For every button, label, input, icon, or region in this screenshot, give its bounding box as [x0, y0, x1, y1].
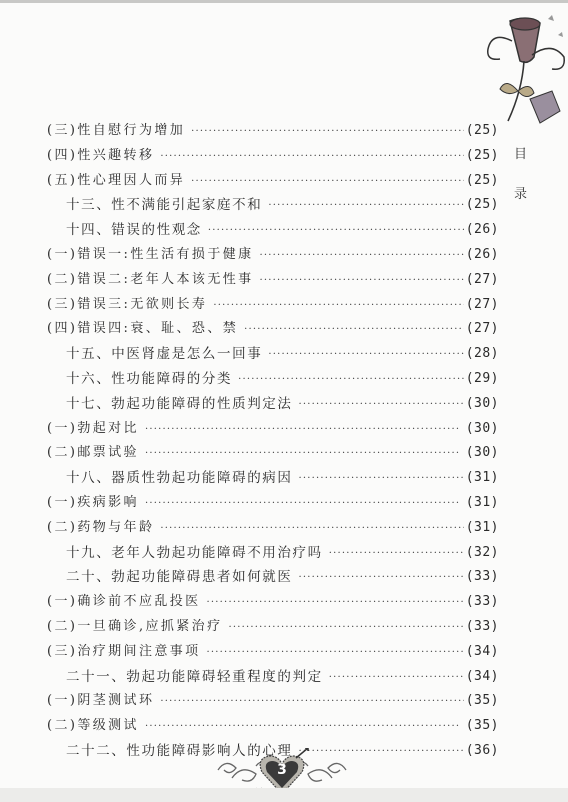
toc-entry-title: 十六、性功能障碍的分类 — [66, 370, 232, 388]
toc-entry[interactable]: (五)性心理因人而异······························… — [47, 172, 499, 190]
toc-entry[interactable]: (三)治疗期间注意事项·····························… — [47, 643, 499, 661]
toc-entry-page: (35) — [466, 692, 499, 710]
toc-entry-title: (二)等级测试 — [47, 717, 139, 735]
dot-leader: ········································… — [268, 196, 463, 214]
toc-entry-page: (28) — [466, 345, 499, 363]
toc-entry[interactable]: 十七、勃起功能障碍的性质判定法·························… — [66, 395, 499, 413]
toc-entry-page: (36) — [466, 742, 499, 760]
toc-entry-page: (25) — [466, 172, 499, 190]
toc-entry[interactable]: 十九、老年人勃起功能障碍不用治疗吗·······················… — [66, 544, 499, 562]
toc-entry[interactable]: (四)性兴趣转移································… — [47, 147, 499, 165]
toc-entry-title: 十七、勃起功能障碍的性质判定法 — [66, 395, 293, 413]
dot-leader: ········································… — [244, 320, 464, 338]
toc-entry[interactable]: 十三、性不满能引起家庭不和···························… — [66, 196, 499, 214]
dot-leader: ········································… — [329, 544, 464, 562]
dot-leader: ········································… — [260, 246, 464, 264]
toc-entry[interactable]: 二十、勃起功能障碍患者如何就医·························… — [66, 568, 499, 586]
dot-leader: ········································… — [228, 618, 463, 636]
dot-leader: ········································… — [208, 221, 464, 239]
toc-side-label-lu: 录 — [514, 183, 527, 202]
flower-cup-decoration-icon — [448, 11, 568, 131]
toc-entry-page: (25) — [466, 147, 499, 165]
page-bottom-edge — [0, 788, 568, 802]
toc-entry[interactable]: (一)疾病影响·································… — [47, 494, 499, 512]
toc-entry[interactable]: 十八、器质性勃起功能障碍的病因·························… — [66, 469, 499, 487]
toc-entry-title: (四)性兴趣转移 — [47, 147, 154, 165]
toc-entry[interactable]: (二)一旦确诊,应抓紧治疗···························… — [47, 618, 499, 636]
dot-leader: ········································… — [238, 370, 464, 388]
toc-entry-title: (五)性心理因人而异 — [47, 172, 185, 190]
dot-leader: ········································… — [160, 147, 463, 165]
toc-entry-title: 二十、勃起功能障碍患者如何就医 — [66, 568, 293, 586]
toc-entry-page: (26) — [466, 221, 499, 239]
toc-entry-title: (三)错误三:无欲则长寿 — [47, 296, 207, 314]
toc-entry-title: (四)错误四:衰、耻、恐、禁 — [47, 320, 238, 338]
toc-entry-title: 十五、中医肾虚是怎么一回事 — [66, 345, 262, 363]
toc-entry-title: (一)勃起对比 — [47, 420, 139, 438]
toc-entry-title: 十九、老年人勃起功能障碍不用治疗吗 — [66, 544, 323, 562]
dot-leader: ········································… — [299, 568, 464, 586]
toc-entry[interactable]: (一)阴茎测试环································… — [47, 692, 499, 710]
toc-entry-page: (27) — [466, 320, 499, 338]
toc-entry-title: 十八、器质性勃起功能障碍的病因 — [66, 469, 293, 487]
dot-leader: ········································… — [299, 395, 464, 413]
toc-entry[interactable]: (三)性自慰行为增加······························… — [47, 122, 499, 140]
toc-entry-page: (31) — [466, 494, 499, 512]
toc-entry[interactable]: (一)勃起对比·································… — [47, 420, 499, 438]
toc-entry-page: (35) — [466, 717, 499, 735]
toc-entry-page: (34) — [466, 668, 499, 686]
toc-entry[interactable]: (四)错误四:衰、耻、恐、禁··························… — [47, 320, 499, 338]
toc-entry[interactable]: (一)错误一:性生活有损于健康·························… — [47, 246, 499, 264]
toc-entry-page: (34) — [466, 643, 499, 661]
dot-leader: ········································… — [213, 296, 463, 314]
toc-entry-title: (二)一旦确诊,应抓紧治疗 — [47, 618, 222, 636]
book-page: 目 录 (三)性自慰行为增加··························… — [0, 0, 568, 791]
toc-entry-page: (33) — [466, 593, 499, 611]
toc-entry-page: (33) — [466, 568, 499, 586]
toc-entry-page: (27) — [466, 296, 499, 314]
toc-entry[interactable]: (二)等级测试·································… — [47, 717, 499, 735]
toc-entry-title: (一)错误一:性生活有损于健康 — [47, 246, 254, 264]
toc-entry[interactable]: (二)错误二:老年人本该无性事·························… — [47, 271, 499, 289]
dot-leader: ········································… — [260, 271, 464, 289]
dot-leader: ········································… — [160, 519, 463, 537]
dot-leader: ········································… — [160, 692, 463, 710]
toc-entry-page: (25) — [466, 196, 499, 214]
toc-entry-title: 二十一、勃起功能障碍轻重程度的判定 — [66, 668, 323, 686]
toc-entry-page: (33) — [466, 618, 499, 636]
toc-side-label-mu: 目 — [514, 143, 527, 162]
toc-entry-title: (一)疾病影响 — [47, 494, 139, 512]
dot-leader: ········································… — [145, 420, 464, 438]
toc-entry-title: (三)治疗期间注意事项 — [47, 643, 201, 661]
toc-entry-page: (27) — [466, 271, 499, 289]
dot-leader: ········································… — [268, 345, 463, 363]
dot-leader: ········································… — [329, 668, 464, 686]
toc-entry[interactable]: (二)邮票试验·································… — [47, 444, 499, 462]
toc-entry[interactable]: 十五、中医肾虚是怎么一回事···························… — [66, 345, 499, 363]
dot-leader: ········································… — [299, 469, 464, 487]
toc-entry-page: (31) — [466, 469, 499, 487]
toc-entry-title: 十三、性不满能引起家庭不和 — [66, 196, 262, 214]
dot-leader: ········································… — [145, 494, 464, 512]
toc-entry-page: (25) — [466, 122, 499, 140]
dot-leader: ········································… — [207, 593, 464, 611]
dot-leader: ········································… — [145, 444, 464, 462]
toc-entry[interactable]: (一)确诊前不应乱投医·····························… — [47, 593, 499, 611]
toc-entry-page: (32) — [466, 544, 499, 562]
toc-entry-title: (一)确诊前不应乱投医 — [47, 593, 201, 611]
toc-entry[interactable]: 十四、错误的性观念·······························… — [66, 221, 499, 239]
toc-entry-title: (二)错误二:老年人本该无性事 — [47, 271, 254, 289]
toc-entry-page: (31) — [466, 519, 499, 537]
dot-leader: ········································… — [207, 643, 464, 661]
dot-leader: ········································… — [191, 172, 464, 190]
page-number: 3 — [272, 762, 292, 778]
toc-entry-title: 十四、错误的性观念 — [66, 221, 202, 239]
toc-entry-page: (30) — [466, 444, 499, 462]
toc-entry[interactable]: (三)错误三:无欲则长寿····························… — [47, 296, 499, 314]
toc-entry[interactable]: 二十一、勃起功能障碍轻重程度的判定·······················… — [66, 668, 499, 686]
toc-entry[interactable]: 十六、性功能障碍的分类·····························… — [66, 370, 499, 388]
dot-leader: ········································… — [145, 717, 464, 735]
toc-entry-title: (二)邮票试验 — [47, 444, 139, 462]
toc-entry-page: (30) — [466, 395, 499, 413]
toc-entry-page: (29) — [466, 370, 499, 388]
toc-entry-title: (一)阴茎测试环 — [47, 692, 154, 710]
toc-entry-title: (二)药物与年龄 — [47, 519, 154, 537]
dot-leader: ········································… — [191, 122, 464, 140]
toc-entry[interactable]: (二)药物与年龄································… — [47, 519, 499, 537]
toc-entry-page: (30) — [466, 420, 499, 438]
toc-entry-title: (三)性自慰行为增加 — [47, 122, 185, 140]
toc-entry-page: (26) — [466, 246, 499, 264]
